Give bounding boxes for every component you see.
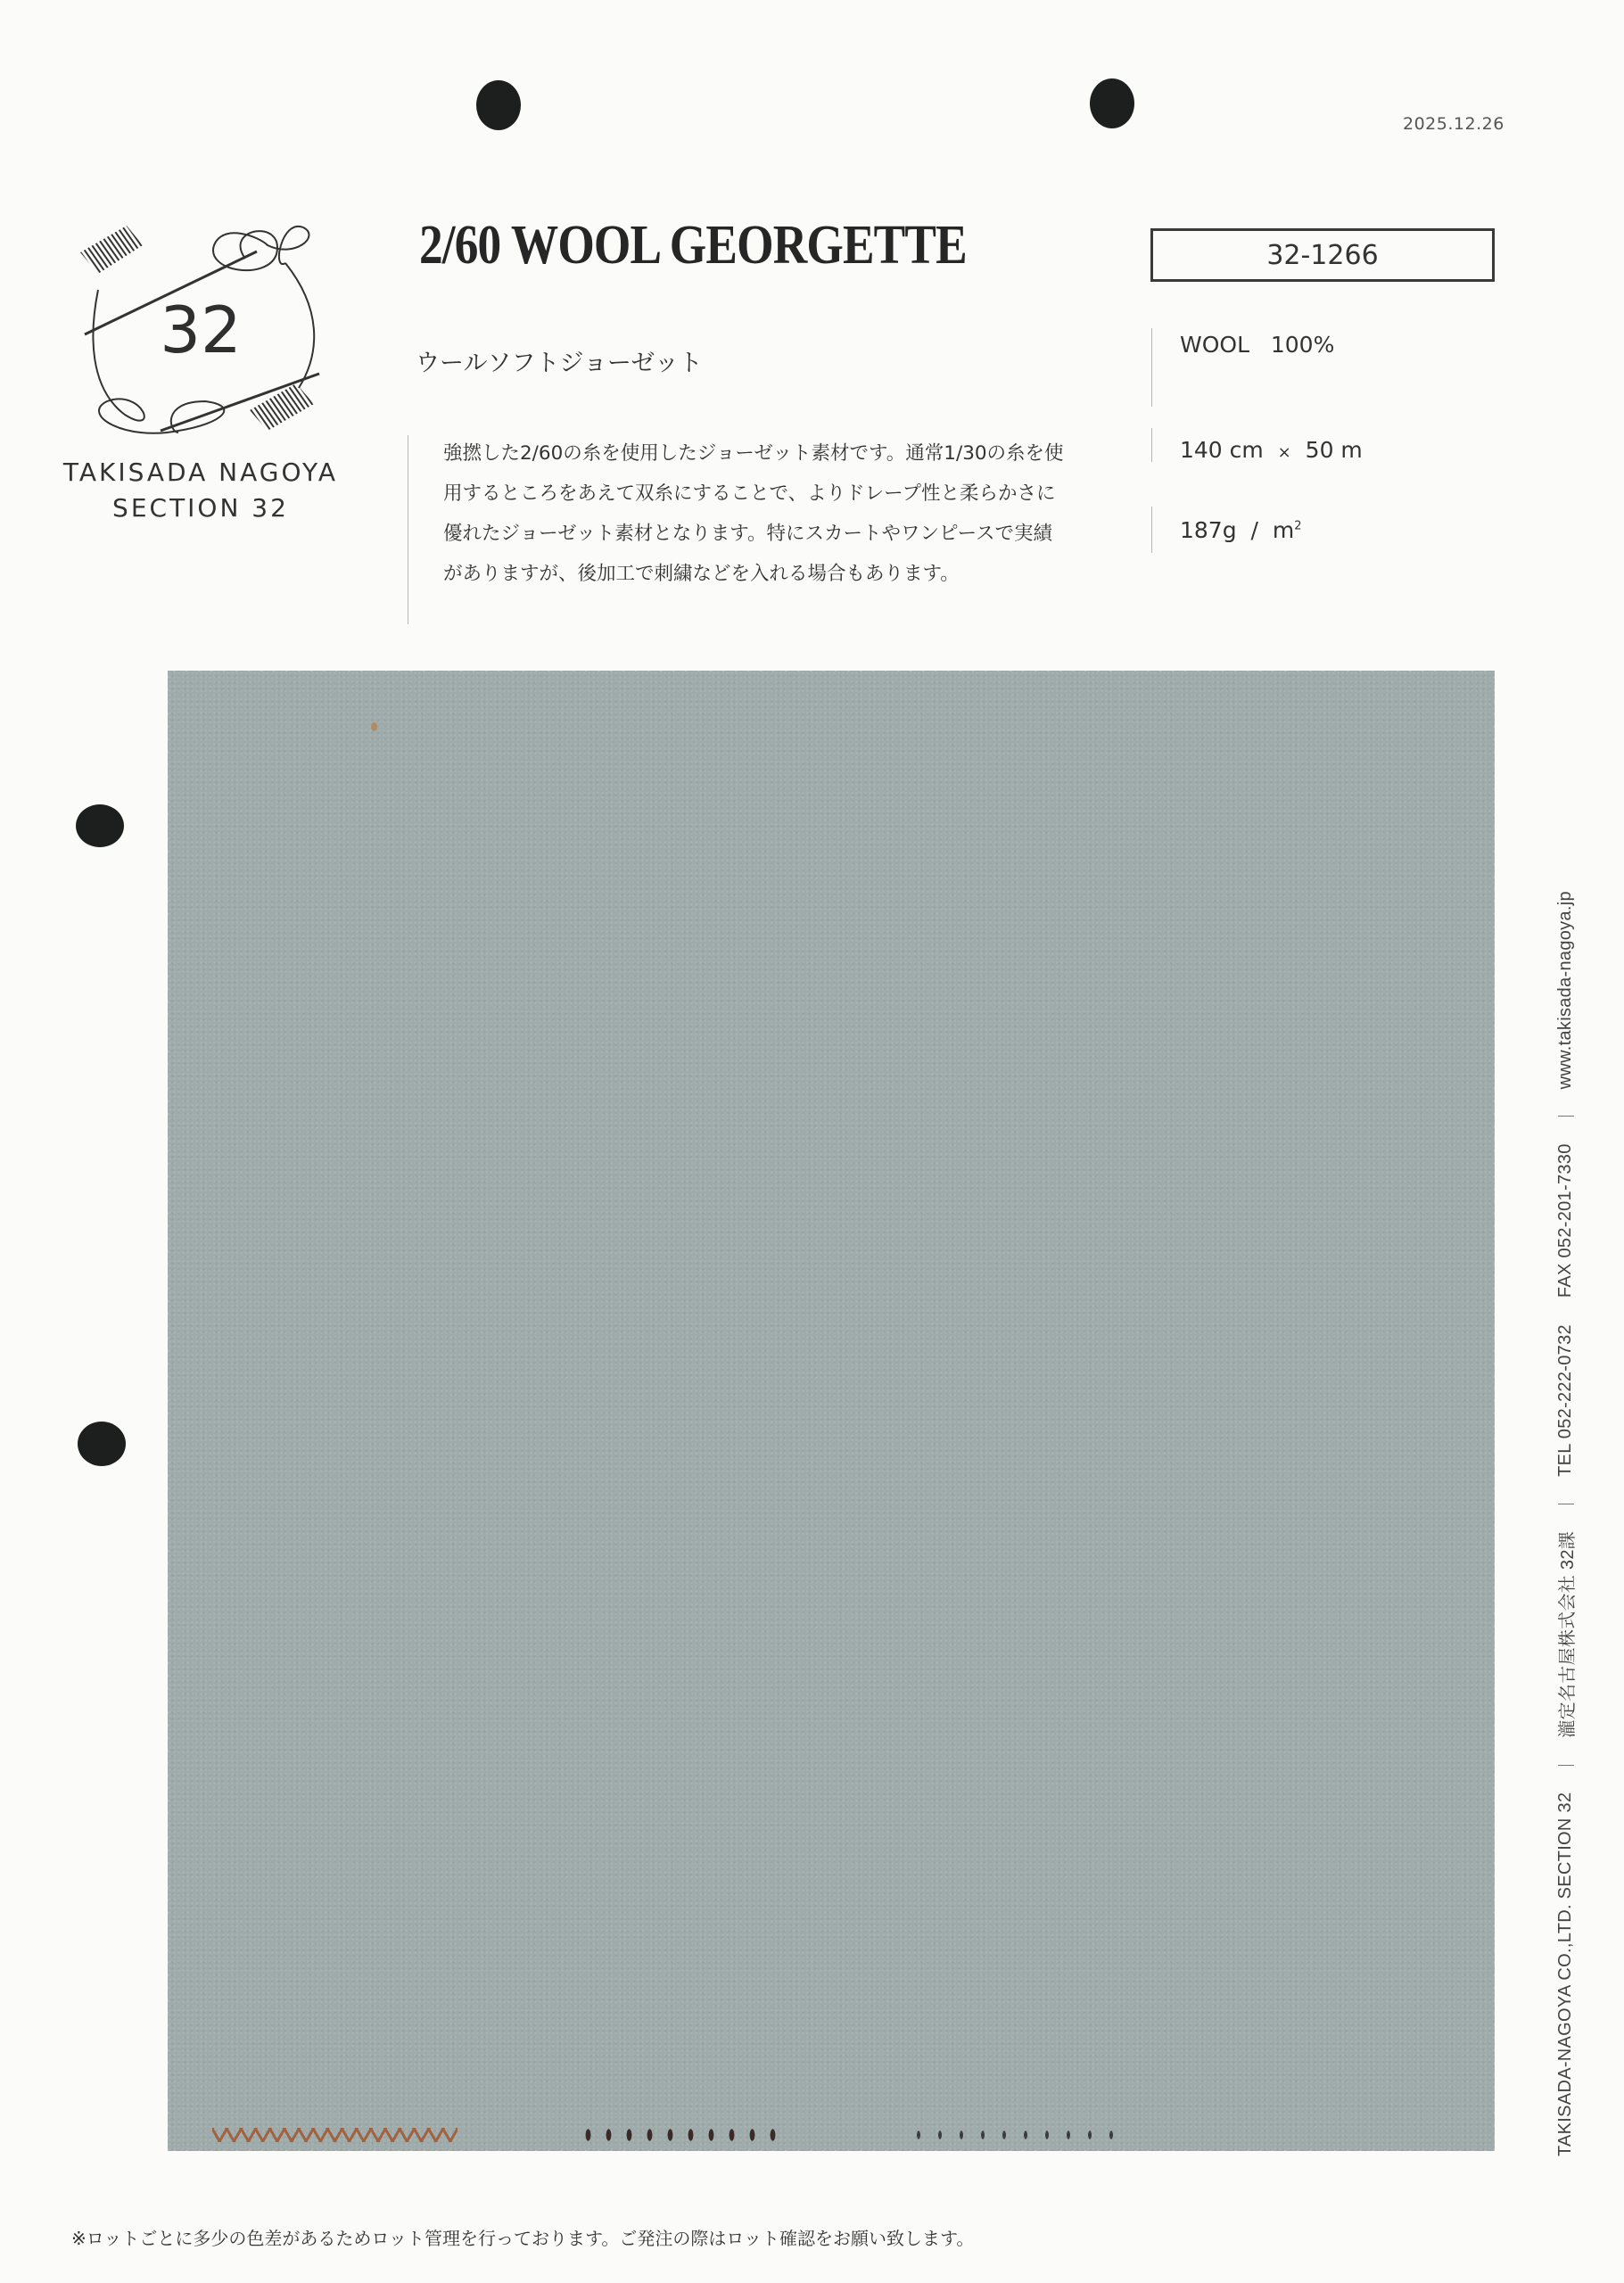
fabric-swatch [168, 671, 1495, 2151]
divider [1151, 507, 1152, 553]
punch-hole [476, 80, 521, 130]
fabric-size: 140 cm × 50 m [1180, 437, 1363, 463]
divider [408, 435, 408, 624]
brand-name: TAKISADA NAGOYA [0, 453, 401, 492]
size-separator: × [1278, 443, 1291, 462]
product-subtitle-ja: ウールソフトジョーゼット [416, 343, 703, 378]
weight-separator: / [1251, 517, 1258, 543]
product-code: 32-1266 [1150, 228, 1495, 282]
product-title: 2/60 WOOL GEORGETTE [419, 214, 967, 277]
pinked-edge [1489, 671, 1500, 2151]
punch-hole [76, 804, 124, 847]
brand-section: SECTION 32 [0, 489, 401, 528]
description-line: 強撚した2/60の糸を使用したジョーゼット素材です。通常1/30の糸を使 [443, 433, 1121, 474]
fabric-weight: 187g / m2 [1180, 517, 1301, 543]
divider [1558, 1765, 1574, 1766]
svg-text:32: 32 [160, 293, 242, 367]
fabric-speck [371, 722, 377, 731]
pinked-edge [162, 671, 173, 2151]
selvedge-stitch [212, 2128, 458, 2142]
pinked-edge [168, 665, 1495, 676]
divider [1558, 1504, 1574, 1504]
divider [1151, 328, 1152, 407]
product-description: 強撚した2/60の糸を使用したジョーゼット素材です。通常1/30の糸を使 用する… [443, 433, 1121, 594]
description-line: がありますが、後加工で刺繍などを入れる場合もあります。 [443, 554, 1121, 594]
pinked-edge [168, 2146, 1495, 2156]
footer-note: ※ロットごとに多少の色差があるためロット管理を行っております。ご発注の際はロット… [71, 2224, 974, 2250]
website-link[interactable]: www.takisada-nagoya.jp [1555, 891, 1576, 1089]
divider [1558, 1116, 1574, 1117]
composition: WOOL 100% [1180, 332, 1334, 358]
size-length: 50 m [1306, 437, 1363, 463]
divider [1151, 428, 1152, 462]
fax-number: FAX 052-201-7330 [1555, 1143, 1576, 1298]
contact-strip: TAKISADA-NAGOYA CO.,LTD. SECTION 32 瀧定名古… [1553, 891, 1579, 2156]
weight-unit-exponent: 2 [1294, 520, 1301, 533]
company-name-ja: 瀧定名古屋株式会社 32課 [1553, 1531, 1579, 1738]
description-line: 優れたジョーゼット素材となります。特にスカートやワンピースで実績 [443, 514, 1121, 554]
composition-fiber: WOOL [1180, 332, 1249, 358]
tel-number: TEL 052-222-0732 [1555, 1324, 1576, 1477]
weight-value: 187g [1180, 517, 1237, 543]
selvedge-stitch [578, 2128, 783, 2142]
company-name-en: TAKISADA-NAGOYA CO.,LTD. SECTION 32 [1555, 1793, 1576, 2156]
punch-hole [78, 1422, 126, 1466]
composition-percent: 100% [1271, 332, 1334, 358]
punch-hole [1090, 78, 1134, 128]
weight-unit: m [1273, 517, 1294, 543]
needle-thread-logo-icon: 32 [71, 210, 330, 441]
selvedge-stitch [908, 2128, 1122, 2142]
description-line: 用するところをあえて双糸にすることで、よりドレープ性と柔らかさに [443, 474, 1121, 514]
size-width: 140 cm [1180, 437, 1264, 463]
issue-date: 2025.12.26 [1403, 114, 1504, 134]
